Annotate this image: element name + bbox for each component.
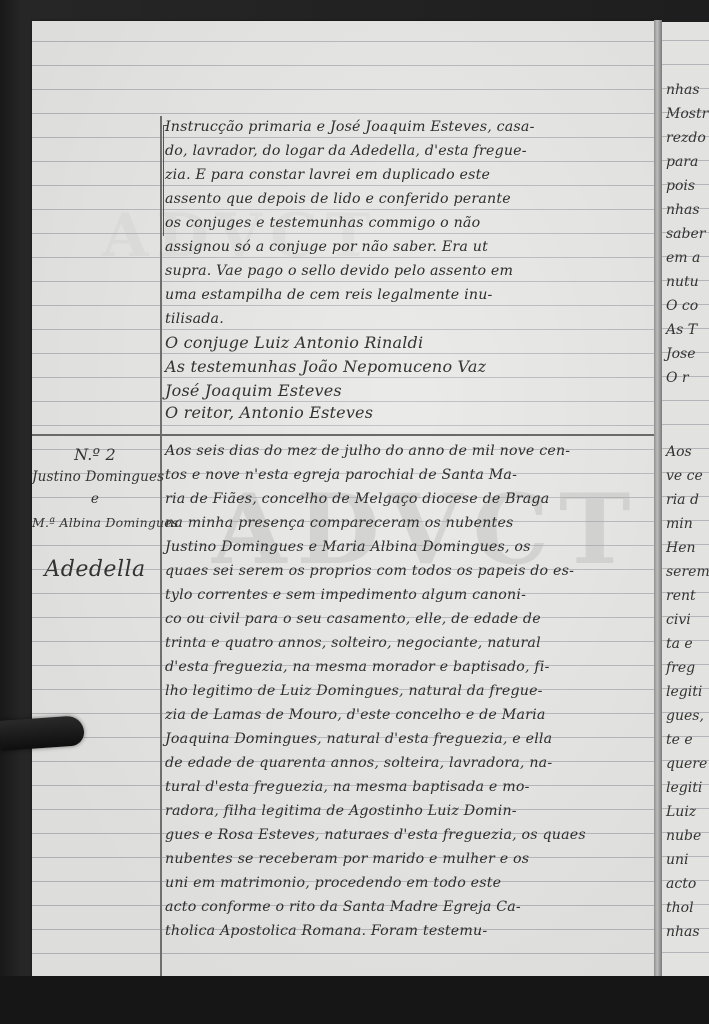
text-line: trinta e quatro annos, solteiro, negocia… xyxy=(165,635,541,651)
facing-text-line: saber xyxy=(666,226,705,242)
facing-text-line: legiti xyxy=(666,684,702,700)
facing-page: nhas Mostr rezdo para pois nhas saber em… xyxy=(662,22,709,986)
facing-text-line: acto xyxy=(666,876,696,892)
facing-text-line: nube xyxy=(666,828,701,844)
text-line: uni em matrimonio, procedendo em todo es… xyxy=(165,875,501,891)
facing-text-line: te e xyxy=(666,732,693,748)
signature-witnesses: As testemunhas João Nepomuceno Vaz xyxy=(165,357,486,376)
facing-text-line: nutu xyxy=(666,274,699,290)
text-line: nubentes se receberam por marido e mulhe… xyxy=(165,851,529,867)
text-line: tylo correntes e sem impedimento algum c… xyxy=(165,587,526,603)
facing-text-line: rezdo xyxy=(666,130,706,146)
facing-text-line: Aos xyxy=(666,444,692,460)
signature-spouse: O conjuge Luiz Antonio Rinaldi xyxy=(165,333,423,352)
facing-text-line: ve ce xyxy=(666,468,703,484)
book-gutter xyxy=(654,20,662,985)
bride-name: M.ª Albina Domingues xyxy=(32,515,158,530)
text-line: assento que depois de lido e conferido p… xyxy=(165,191,511,207)
facing-text-line: gues, xyxy=(666,708,704,724)
facing-text-line: Mostr xyxy=(666,106,708,122)
facing-text-line: thol xyxy=(666,900,694,916)
text-line: de edade de quarenta annos, solteira, la… xyxy=(165,755,552,771)
facing-text-line: Hen xyxy=(666,540,696,556)
signature-rector: O reitor, Antonio Esteves xyxy=(165,403,373,422)
facing-text-line: Jose xyxy=(666,346,696,362)
entry-divider xyxy=(32,434,654,436)
facing-text-line: ria d xyxy=(666,492,699,508)
text-line: ria de Fiães, concelho de Melgaço dioces… xyxy=(165,491,549,507)
facing-text-line: As T xyxy=(666,322,697,338)
text-line: Aos seis dias do mez de julho do anno de… xyxy=(165,443,570,459)
facing-text-line: O co xyxy=(666,298,698,314)
facing-text-line: O r xyxy=(666,370,689,386)
conjunction: e xyxy=(32,491,158,507)
text-line: tilisada. xyxy=(165,311,224,327)
facing-text-line: ta e xyxy=(666,636,693,652)
text-line: co ou civil para o seu casamento, elle, … xyxy=(165,611,541,627)
text-line: supra. Vae pago o sello devido pelo asse… xyxy=(165,263,513,279)
text-line: na minha presença compareceram os nubent… xyxy=(165,515,514,531)
facing-text-line: legiti xyxy=(666,780,702,796)
facing-text-line: Luiz xyxy=(666,804,696,820)
facing-text-line: quere xyxy=(666,756,707,772)
facing-text-line: pois xyxy=(666,178,695,194)
scan-bottom-edge xyxy=(0,976,709,1024)
text-line: assignou só a conjuge por não saber. Era… xyxy=(165,239,488,255)
facing-text-line: uni xyxy=(666,852,689,868)
facing-text-line: min xyxy=(666,516,693,532)
facing-text-line: serem xyxy=(666,564,709,580)
text-line: acto conforme o rito da Santa Madre Egre… xyxy=(165,899,521,915)
faint-watermark: ADVCT xyxy=(102,201,378,271)
facing-text-line: nhas xyxy=(666,924,700,940)
facing-text-line: em a xyxy=(666,250,700,266)
text-line: zia. E para constar lavrei em duplicado … xyxy=(165,167,490,183)
facing-text-line: nhas xyxy=(666,202,700,218)
text-line: zia de Lamas de Mouro, d'este concelho e… xyxy=(165,707,546,723)
facing-text-line: freg xyxy=(666,660,695,676)
text-line: tos e nove n'esta egreja parochial de Sa… xyxy=(165,467,517,483)
text-line: lho legitimo de Luiz Domingues, natural … xyxy=(165,683,543,699)
signature-witness-2: José Joaquim Esteves xyxy=(165,381,342,400)
text-line: d'esta freguezia, na mesma morador e bap… xyxy=(165,659,550,675)
place-name: Adedella xyxy=(32,557,158,582)
text-line: Instrucção primaria e José Joaquim Estev… xyxy=(165,119,535,135)
facing-text-line: rent xyxy=(666,588,696,604)
text-line: do, lavrador, do logar da Adedella, d'es… xyxy=(165,143,527,159)
text-line: Justino Domingues e Maria Albina Domingu… xyxy=(165,539,531,555)
facing-text-line: para xyxy=(666,154,698,170)
text-line: uma estampilha de cem reis legalmente in… xyxy=(165,287,493,303)
text-line: tural d'esta freguezia, na mesma baptisa… xyxy=(165,779,530,795)
text-line: quaes sei serem os proprios com todos os… xyxy=(165,563,574,579)
text-line: os conjuges e testemunhas commigo o não xyxy=(165,215,480,231)
facing-text-line: nhas xyxy=(666,82,700,98)
thumb-holding-page xyxy=(0,715,85,751)
text-line: radora, filha legitima de Agostinho Luiz… xyxy=(165,803,517,819)
groom-name: Justino Domingues xyxy=(32,469,158,485)
margin-rule xyxy=(160,116,162,976)
text-line: Joaquina Domingues, natural d'esta fregu… xyxy=(165,731,552,747)
entry-number: N.º 2 xyxy=(32,445,158,464)
register-page: ADVCT ADVCT Instrucção primaria e José J… xyxy=(32,21,654,976)
facing-text-line: civi xyxy=(666,612,691,628)
text-line: tholica Apostolica Romana. Foram testemu… xyxy=(165,923,487,939)
text-line: gues e Rosa Esteves, naturaes d'esta fre… xyxy=(165,827,586,843)
